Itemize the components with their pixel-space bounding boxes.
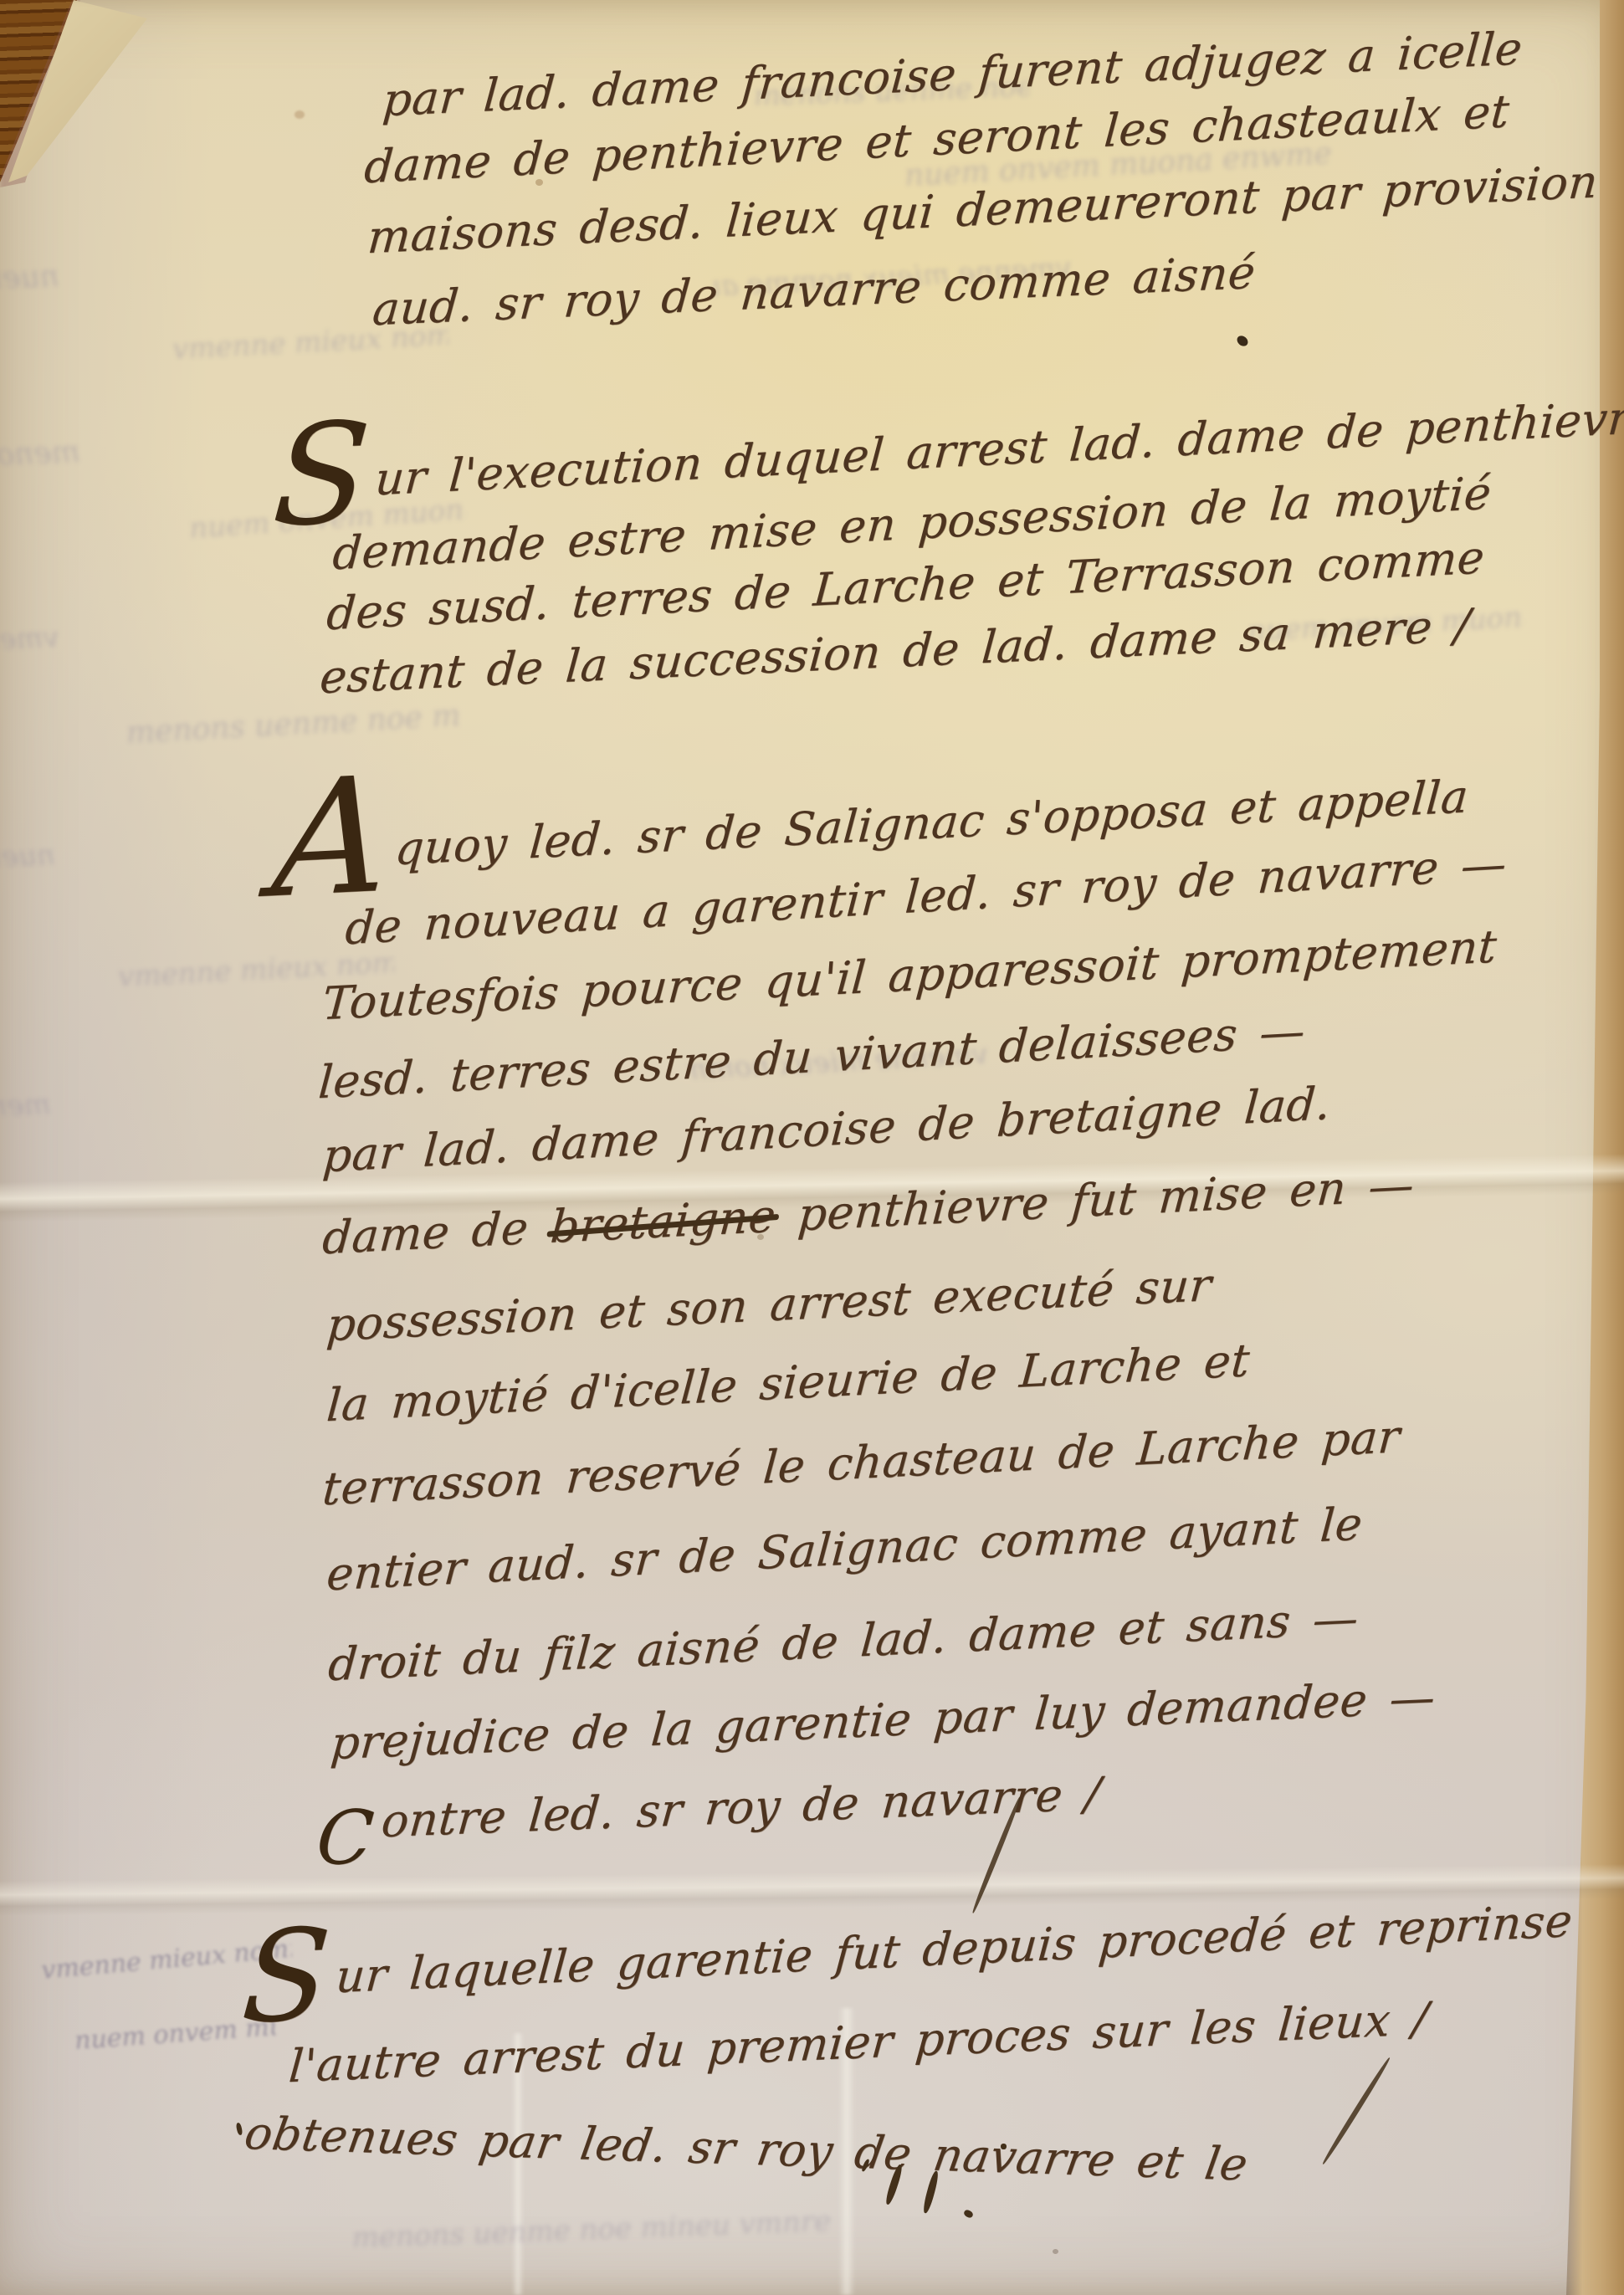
foxing-spot [1053,2249,1058,2254]
ink-dot [1001,2144,1007,2149]
manuscript-line: Sur laquelle garentie fut depuis procedé… [241,1893,1575,2007]
manuscript-line: obtenues par led. sr roy de navarre et l… [241,2107,1251,2190]
manuscript-line: droit du filz aisné de lad. dame et sans… [326,1591,1360,1691]
manuscript-line: la moytié d'icelle sieurie de Larche et [325,1334,1252,1432]
manuscript-photo: { "colors":{ "ink":"#4d3420","ink_dark":… [0,0,1624,2295]
manuscript-line: prejudice de la garentie par luy demande… [329,1671,1437,1770]
handwritten-text-block: par lad. dame francoise furent adjugez a… [0,0,1624,2295]
foxing-spot [757,1234,764,1240]
manuscript-line: possession et son arrest executé sur [325,1258,1213,1351]
manuscript-line: Contre led. sr roy de navarre / [316,1767,1104,1850]
manuscript-line: aud. sr roy de navarre comme aisné [371,246,1258,336]
initial-capital: S [238,1902,336,2052]
manuscript-line: l'autre arrest du premier proces sur les… [287,1992,1431,2093]
foxing-spot [535,179,543,186]
manuscript-line: entier aud. sr de Salignac comme ayant l… [325,1497,1364,1601]
manuscript-line: dame de bretaigne penthievre fut mise en… [320,1158,1416,1264]
foxing-spot [295,110,305,119]
struck-out-word: bretaigne [549,1190,778,1253]
manuscript-line: terrasson reservé le chasteau de Larche … [320,1410,1401,1515]
initial-capital: C [313,1793,377,1882]
